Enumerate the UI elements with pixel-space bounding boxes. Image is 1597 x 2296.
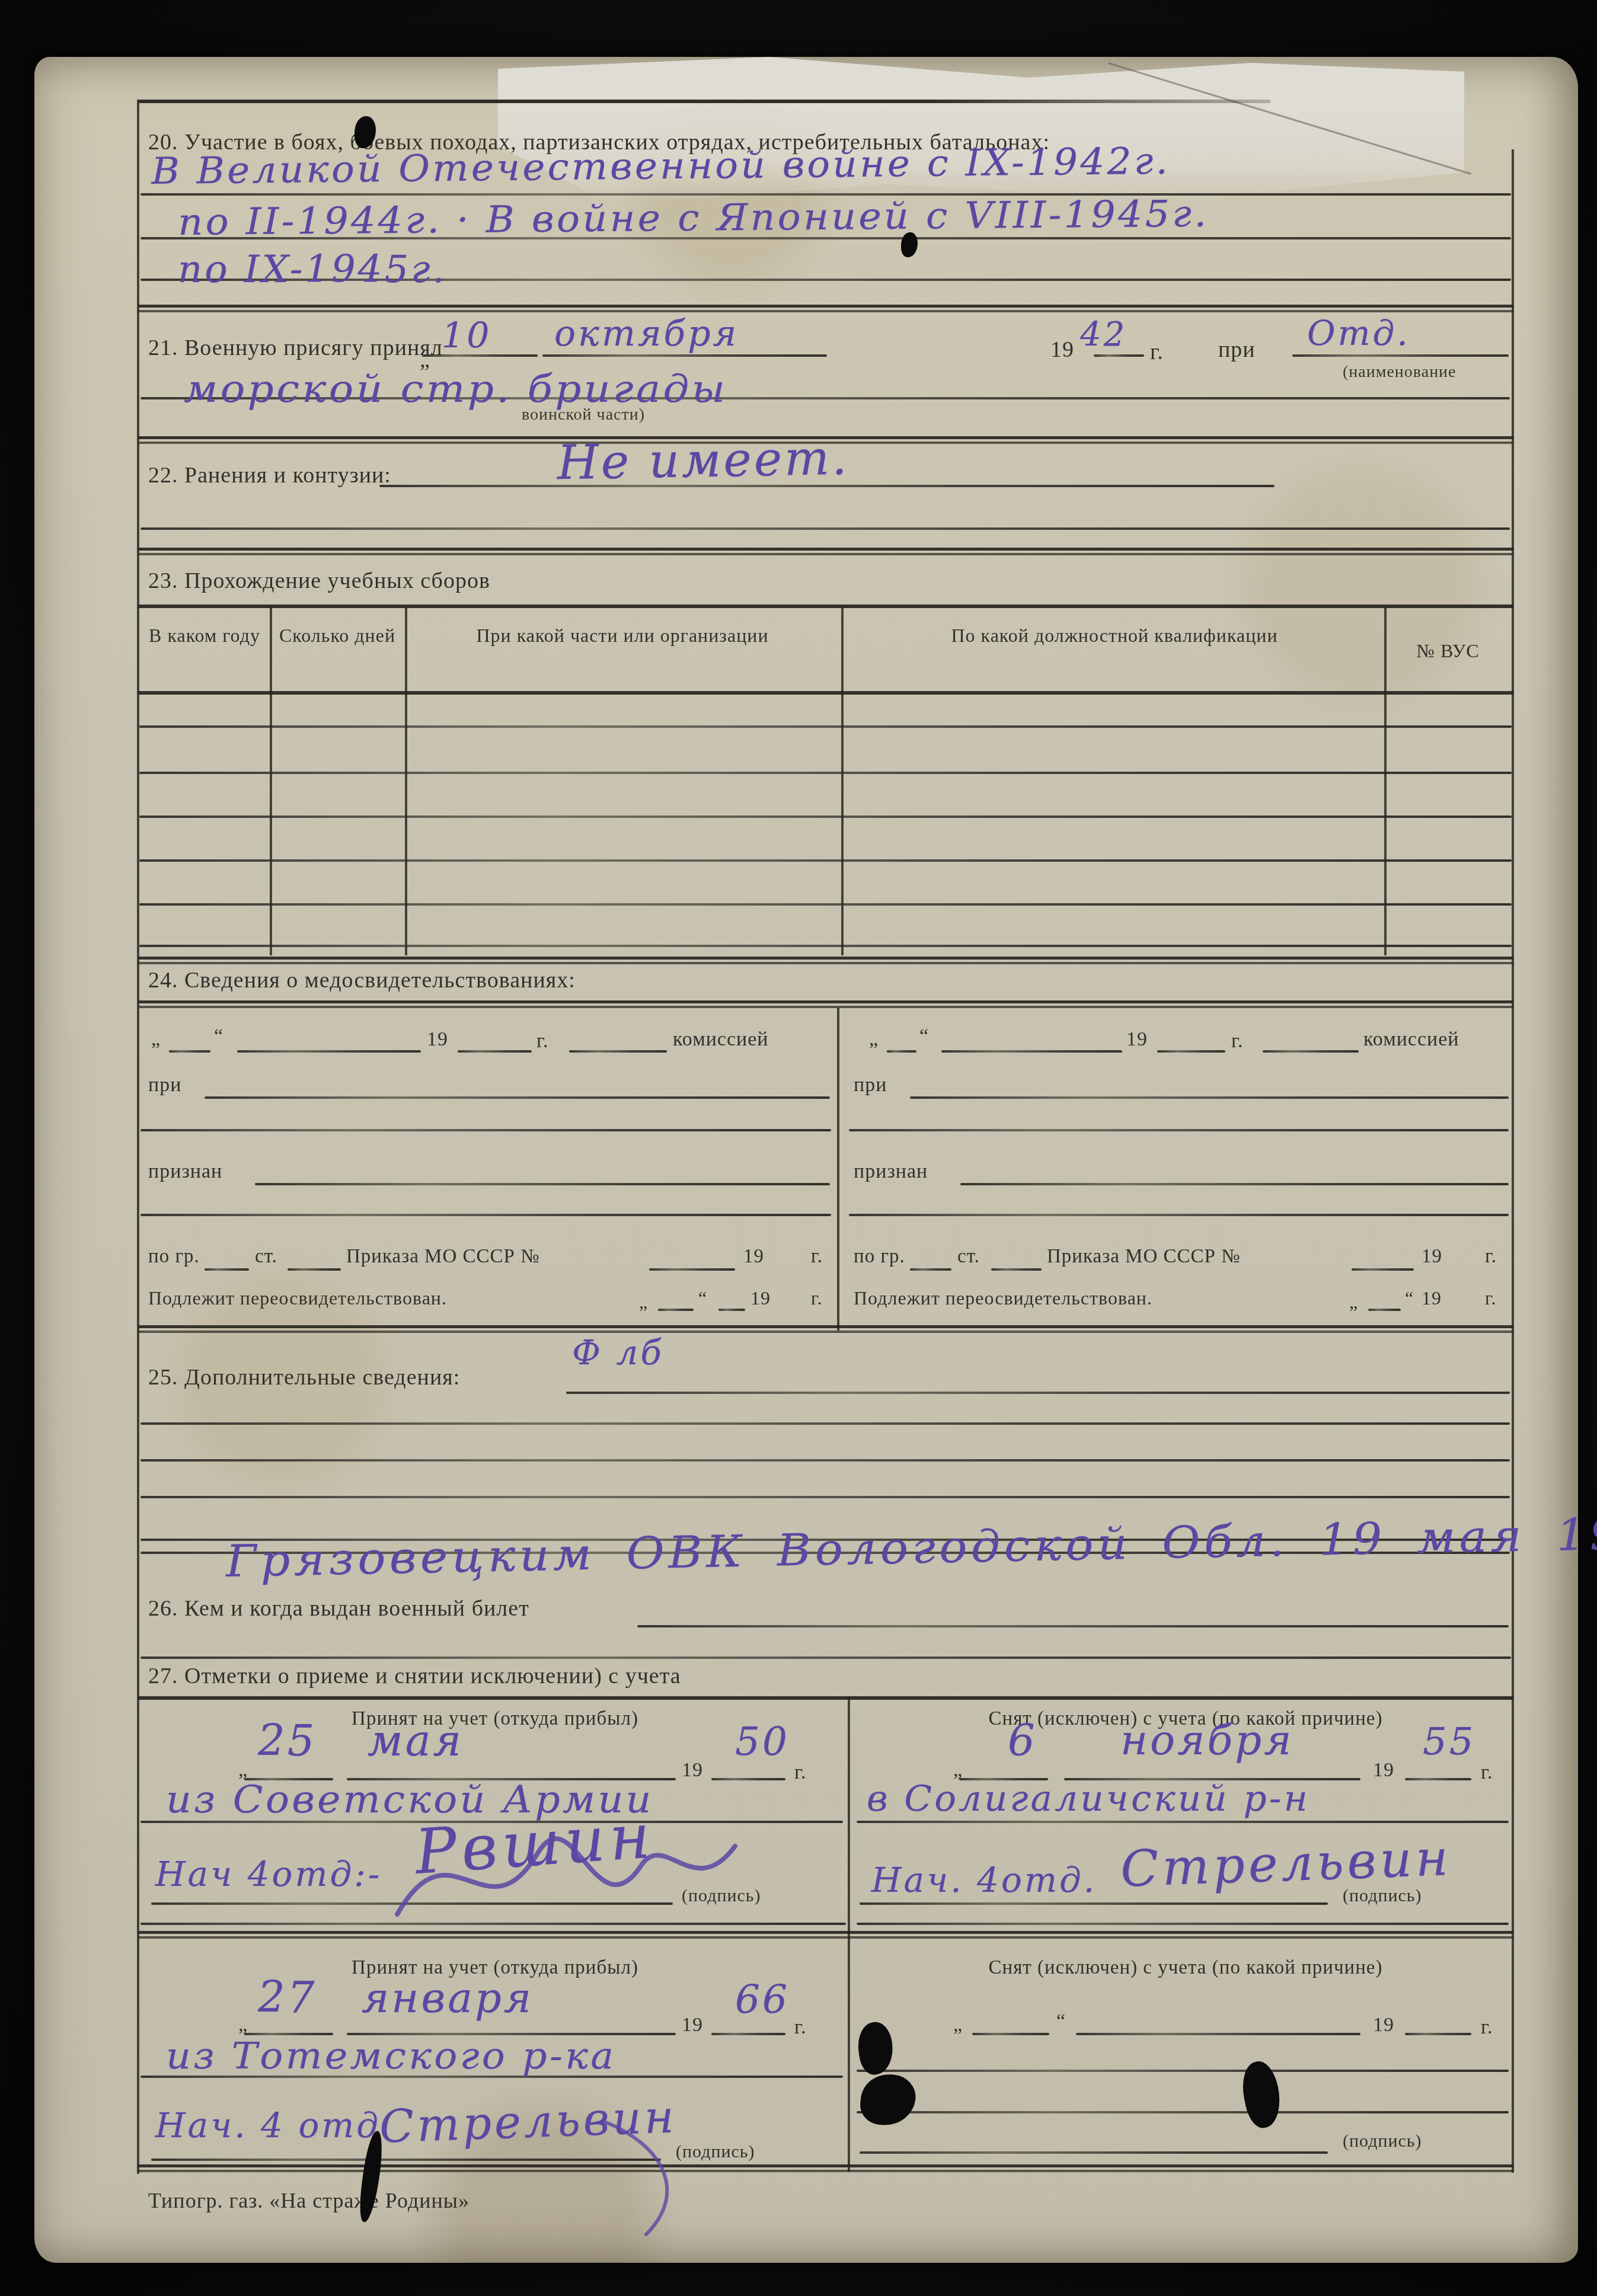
blank-underline [910,1096,1509,1099]
form-left-border [137,100,139,2174]
section21-title-text: Военную присягу принял [184,335,443,360]
blank-underline [1076,2033,1360,2035]
blank-underline [458,1050,532,1053]
accept1-day-handwriting: 25 [258,1716,317,1766]
section23-title-text: Прохождение учебных сборов [184,568,490,593]
section26-title: 26. Кем и когда выдан военный билет [148,1595,529,1622]
blank-underline [1157,1050,1225,1053]
section25-handwriting: Ф лб [572,1332,664,1373]
blank-underline [151,2159,661,2161]
table-row-line [139,945,1512,947]
ruled-line [849,1129,1509,1131]
printed-19: 19 [1126,1028,1148,1051]
med-column-divider [837,1008,839,1331]
ruled-line [140,1214,831,1216]
table-row-line [139,903,1512,906]
ruled-line [857,1821,1509,1823]
med-st: ст. [957,1246,980,1268]
signature-flourish [385,1814,741,1932]
printed-19: 19 [1373,2014,1394,2036]
printed-g: г. [794,1761,807,1784]
blank-underline [1292,354,1509,357]
printed-g: г. [536,1030,549,1053]
printed-19: 19 [743,1246,764,1268]
table-header-vus: № ВУС [1387,640,1509,662]
removed1-month-handwriting: ноября [1120,1716,1293,1764]
section27-number: 27. [148,1664,178,1689]
ruled-line [140,527,1510,530]
open-quote: „ [953,2014,963,2036]
table-bottom-border [138,2164,1513,2172]
print-shop-footer: Типогр. газ. «На страже Родины» [148,2188,469,2213]
printed-g: г. [1150,339,1164,365]
section-separator [138,305,1513,312]
med-pri: при [854,1074,887,1096]
blank-underline [1352,1268,1414,1271]
blank-underline [637,1625,1509,1627]
section27-title: 27. Отметки о приеме и снятии исключении… [148,1663,681,1689]
ruled-line [140,1129,831,1131]
section26-title-text: Кем и когда выдан военный билет [184,1596,529,1621]
blank-underline [542,354,827,357]
blank-underline [910,1268,951,1271]
accept2-month-handwriting: января [362,1974,534,2022]
accept2-official-handwriting: Нач. 4 отд [155,2105,381,2145]
form-top-border [138,100,1270,103]
ruled-line [857,1923,1509,1925]
blank-underline [1405,1778,1471,1780]
close-quote: “ [1056,2010,1066,2033]
ruled-line [140,1422,1510,1425]
printed-g: г. [811,1246,823,1268]
oath-day-handwriting: 10 [442,315,491,357]
blank-underline [169,1050,210,1053]
table-row-line [139,859,1512,862]
blank-underline [887,1050,916,1053]
med-podlezhit: Подлежит переосвидетельствован. [854,1287,1152,1309]
printed-g: г. [1485,1246,1497,1268]
accept2-year-handwriting: 66 [735,1977,790,2022]
med-komissiey: комиссией [673,1028,769,1051]
printed-19: 19 [1050,337,1074,363]
printed-19: 19 [750,1287,771,1309]
med-quote-close: “ [214,1025,223,1048]
blank-underline [711,1778,785,1780]
med-quote-open: „ [1349,1291,1358,1313]
blank-underline [569,1050,667,1053]
oath-year-handwriting: 42 [1080,315,1127,354]
blank-underline [649,1268,735,1271]
ruled-line [140,1657,1511,1659]
blank-underline [1405,2033,1471,2035]
section22-title: 22. Ранения и контузии: [148,462,391,488]
blank-underline [860,2151,1328,2154]
wounds-handwriting: Не имеет. [557,430,849,491]
table-top-border [138,1696,1513,1700]
blank-underline [1368,1309,1401,1311]
section23-title: 23. Прохождение учебных сборов [148,568,490,594]
printed-19: 19 [427,1028,448,1051]
section24-title: 24. Сведения о медосвидетельствованиях: [148,967,576,993]
section25-number: 25. [148,1365,178,1390]
section26-number: 26. [148,1596,178,1621]
accept2-from-handwriting: из Тотемского р-ка [166,2034,616,2077]
section-separator [138,1000,1513,1008]
med-st: ст. [255,1246,277,1268]
blank-underline [860,1902,1328,1905]
med-priznan: признан [854,1160,928,1183]
blank-underline [972,2033,1049,2035]
accept2-day-handwriting: 27 [258,1972,317,2022]
med-prikaz: Приказа МО СССР № [1047,1246,1241,1268]
med-podlezhit: Подлежит переосвидетельствован. [148,1287,447,1309]
ruled-line [857,2070,1509,2072]
section25-title: 25. Дополнительные сведения: [148,1364,460,1390]
blank-underline [960,1183,1509,1185]
removed1-official-handwriting: Нач. 4отд. [871,1860,1097,1900]
section21-title: 21. Военную присягу принял [148,335,443,361]
section20-handwriting-line2: по II-1944г. · В войне с Японией с VIII-… [178,192,1209,244]
printed-19: 19 [682,2014,703,2036]
blank-underline [941,1050,1122,1053]
printed-g: г. [811,1287,823,1309]
table-top-border [138,605,1513,608]
printed-g: г. [1485,1287,1497,1309]
caption-podpis: (подпись) [1343,2131,1422,2151]
open-quote: „ [238,2014,248,2036]
removed1-signature-handwriting: Стрельвин [1119,1828,1452,1898]
section23-number: 23. [148,568,178,593]
removed1-from-handwriting: в Солигаличский р-н [867,1778,1310,1819]
accept1-official-handwriting: Нач 4отд:- [155,1854,382,1894]
blank-underline [711,2033,785,2035]
blank-underline [991,1268,1042,1271]
caption-naimenovanie: (наименование [1343,363,1457,382]
blank-underline [205,1096,830,1099]
section21-number: 21. [148,335,178,360]
table-row-line [139,772,1512,774]
table-header-qualification: По какой должностной квалификации [907,621,1322,650]
section-separator [138,548,1513,555]
section20-handwriting-line3: по IX-1945г. [178,248,447,292]
med-priznan: признан [148,1160,222,1183]
printed-g: г. [1481,2016,1493,2039]
table-bottom-border [138,957,1513,964]
table-header-underline [138,691,1513,695]
med-quote-open: „ [639,1291,648,1313]
section22-number: 22. [148,463,178,488]
table-row-line [139,816,1512,818]
med-pogr: по гр. [148,1246,200,1268]
scanned-military-id-page: 20. Участие в боях, боевых походах, парт… [0,0,1597,2296]
printed-19: 19 [682,1759,703,1782]
accept1-month-handwriting: мая [368,1716,464,1766]
printed-g: г. [794,2016,807,2039]
blank-underline [718,1309,745,1311]
blank-underline [1263,1050,1359,1053]
med-komissiey: комиссией [1363,1028,1459,1051]
ruled-line [140,1459,1510,1462]
med-quote-open: „ [869,1028,879,1051]
printed-pri: при [1218,337,1256,363]
table-row-line [139,725,1512,728]
section-separator [138,1325,1513,1333]
accept1-year-handwriting: 50 [735,1719,790,1764]
oath-unit2-handwriting: морской стр. бригады [184,367,727,411]
printed-g: г. [1231,1030,1244,1053]
ruled-line [849,1214,1509,1216]
printed-19: 19 [1373,1759,1394,1782]
section24-number: 24. [148,968,178,993]
table-header-unit: При какой части или организации [451,621,794,650]
table-row-divider [138,1931,1513,1939]
section27-title-text: Отметки о приеме и снятии исключении) с … [184,1664,681,1689]
signature-flourish [593,2110,747,2240]
section24-title-text: Сведения о медосвидетельствованиях: [184,968,576,993]
removed1-day-handwriting: 6 [1008,1716,1037,1766]
removed1-year-handwriting: 55 [1423,1720,1475,1764]
form-right-border [1512,149,1514,2173]
section25-title-text: Дополнительные сведения: [184,1365,460,1390]
ruled-line [140,1496,1510,1498]
med-prikaz: Приказа МО СССР № [346,1246,540,1268]
oath-month-handwriting: октября [554,313,739,354]
printed-19: 19 [1422,1246,1442,1268]
blank-underline [237,1050,421,1053]
cell-header: Снят (исключен) с учета (по какой причин… [871,1957,1500,1979]
oath-unit-handwriting: Отд. [1307,313,1410,353]
med-quote-close: “ [1405,1287,1414,1309]
table-header-year: В каком году [145,621,264,650]
med-pogr: по гр. [854,1246,905,1268]
med-pri: при [148,1074,181,1096]
blank-underline [255,1183,830,1185]
blank-underline [566,1392,1510,1394]
blank-underline [1094,354,1144,357]
blank-underline [288,1268,341,1271]
blank-underline [658,1309,694,1311]
med-quote-close: “ [919,1025,929,1048]
ruled-line [857,2111,1509,2113]
blank-underline [205,1268,249,1271]
printed-g: г. [1481,1761,1493,1784]
table-header-days: Сколько дней [274,621,400,650]
med-quote-close: “ [698,1287,707,1309]
printed-19: 19 [1422,1287,1442,1309]
med-quote-open: „ [151,1028,161,1051]
section22-title-text: Ранения и контузии: [184,463,391,488]
